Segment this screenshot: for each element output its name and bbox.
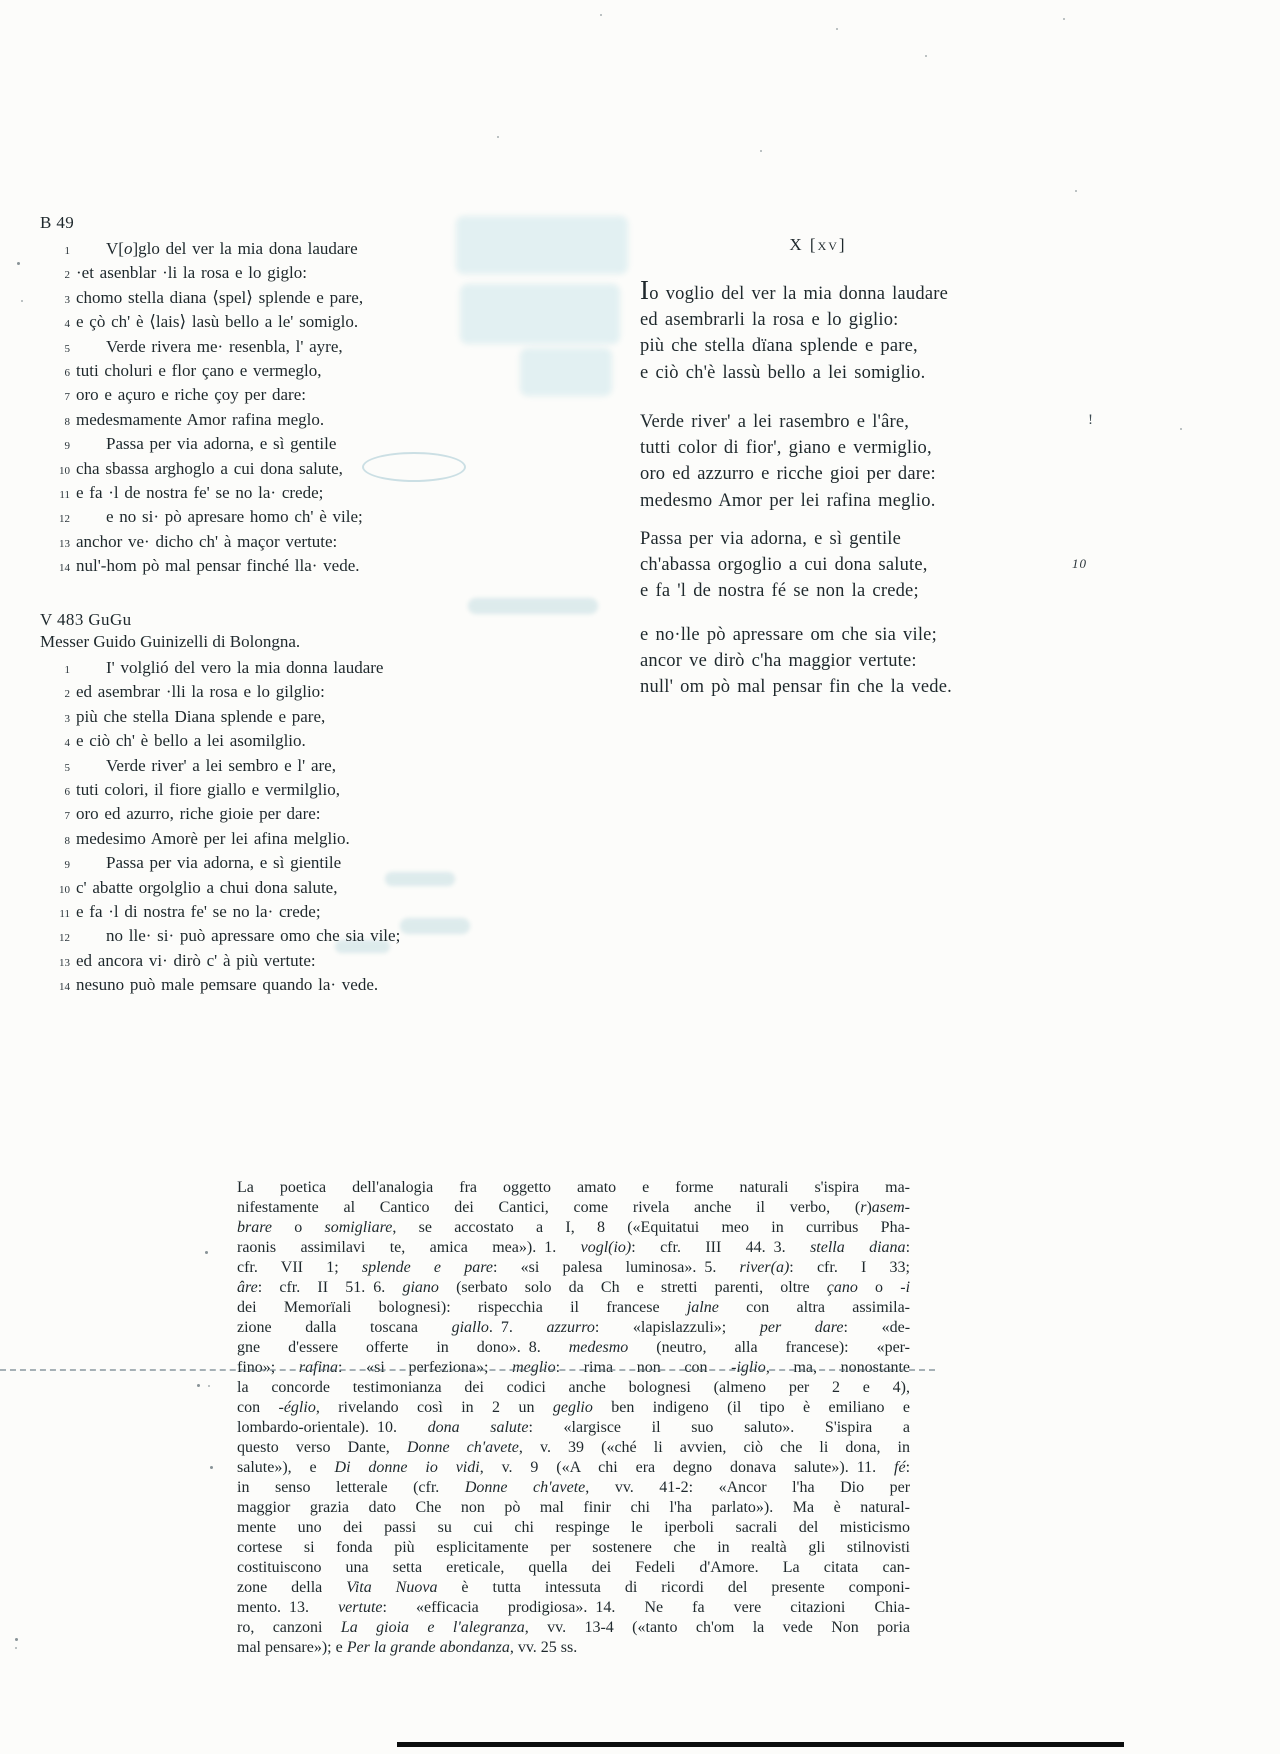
line-number: 12 <box>40 508 70 530</box>
verse-line: e ciò ch'è lassù bello a lei somiglio. <box>640 360 948 386</box>
scan-speck <box>15 1647 17 1649</box>
scan-speck <box>205 1251 208 1254</box>
transcription-line: 13anchor ve· dicho ch' à maçor vertute: <box>40 531 520 555</box>
commentary-line: dei Memorïali bolognesi): rispecchia il … <box>237 1298 910 1318</box>
line-number: 4 <box>40 313 70 335</box>
line-text: Passa per via adorna, e sì gentile <box>106 434 336 453</box>
line-number: 3 <box>40 289 70 311</box>
transcription-line: 11e fa ·l de nostra fe' se no la· crede; <box>40 482 520 506</box>
transcription-line: 6tuti colori, il fiore giallo e vermilgl… <box>40 779 540 803</box>
commentary-line: mal pensare»); e Per la grande abondanza… <box>237 1638 910 1658</box>
transcription-line: 8medesmamente Amor rafina meglo. <box>40 409 520 433</box>
line-text: Passa per via adorna, e sì gientile <box>106 853 341 872</box>
verse-line: ancor ve dirò c'ha maggior vertute: <box>640 648 952 674</box>
line-number: 11 <box>40 484 70 506</box>
line-number: 12 <box>40 927 70 949</box>
verse-line: oro ed azzurro e ricche gioi per dare: <box>640 461 936 487</box>
line-text: medesimo Amorè per lei afina melglio. <box>76 829 350 848</box>
scan-speck <box>1063 18 1065 20</box>
transcription-line: 8medesimo Amorè per lei afina melglio. <box>40 828 540 852</box>
transcription-line: 7oro e açuro e riche çoy per dare: <box>40 384 520 408</box>
v483-transcription: 1I' volglió del vero la mia donna laudar… <box>40 657 540 999</box>
scan-speck <box>210 1466 213 1469</box>
line-number: 5 <box>40 338 70 360</box>
b49-section: B 49 1V[o]glo del ver la mia dona laudar… <box>40 213 520 580</box>
commentary-line: ro, canzoni La gioia e l'alegranza, vv. … <box>237 1618 910 1638</box>
critical-stanza-4: e no·lle pò apressare om che sia vile;an… <box>640 622 952 701</box>
scan-speck <box>497 136 499 138</box>
transcription-line: 12e no si· pò apresare homo ch' è vile; <box>40 506 520 530</box>
line-number: 8 <box>40 411 70 433</box>
commentary-line: âre: cfr. II 51. 6. giano (serbato solo … <box>237 1278 910 1298</box>
commentary-line: la concorde testimonianza dei codici anc… <box>237 1378 910 1398</box>
transcription-line: 2·et asenblar ·li la rosa e lo giglo: <box>40 262 520 286</box>
scan-speck <box>760 150 762 152</box>
verse-line: Io voglio del ver la mia donna laudare <box>640 277 948 307</box>
transcription-line: 14nesuno può male pemsare quando la· ved… <box>40 974 540 998</box>
line-number: 14 <box>40 976 70 998</box>
line-text: cha sbassa arghoglo a cui dona salute, <box>76 459 343 478</box>
verse-line: e fa 'l de nostra fé se non la crede; <box>640 578 928 604</box>
commentary-line: fino»; rafina: «si perfeziona»; meglio: … <box>237 1358 910 1378</box>
commentary-line: brare o somigliare, se accostato a I, 8 … <box>237 1218 910 1238</box>
line-text: ·et asenblar ·li la rosa e lo giglo: <box>76 263 307 282</box>
line-number: 7 <box>40 805 70 827</box>
commentary-line: zione dalla toscana giallo. 7. azzurro: … <box>237 1318 910 1338</box>
line-text: più che stella Diana splende e pare, <box>76 707 325 726</box>
verse-line: Passa per via adorna, e sì gentile <box>640 526 928 552</box>
transcription-line: 2ed asembrar ·lli la rosa e lo gilglio: <box>40 681 540 705</box>
line-number: 14 <box>40 557 70 579</box>
line-number: 3 <box>40 708 70 730</box>
commentary-line: questo verso Dante, Donne ch'avete, v. 3… <box>237 1438 910 1458</box>
verse-line: tutti color di fior', giano e vermiglio, <box>640 435 936 461</box>
scan-speck <box>925 55 927 57</box>
line-number: 1 <box>40 659 70 681</box>
line-text: e no si· pò apresare homo ch' è vile; <box>106 507 363 526</box>
transcription-line: 4e ciò ch' è bello a lei asomilglio. <box>40 730 540 754</box>
margin-mark-exclamation: ! <box>1088 412 1093 429</box>
scan-speck <box>21 300 23 302</box>
line-number: 6 <box>40 781 70 803</box>
commentary-line: mento. 13. vertute: «efficacia prodigios… <box>237 1598 910 1618</box>
line-number: 1 <box>40 240 70 262</box>
commentary-line: nifestamente al Cantico dei Cantici, com… <box>237 1198 910 1218</box>
critical-stanza-2: Verde river' a lei rasembro e l'âre,tutt… <box>640 409 936 514</box>
line-number: 6 <box>40 362 70 384</box>
b49-transcription: 1V[o]glo del ver la mia dona laudare2·et… <box>40 238 520 580</box>
line-number: 7 <box>40 386 70 408</box>
scan-speck <box>17 262 20 265</box>
margin-verse-number: 10 <box>1072 556 1087 572</box>
transcription-line: 10cha sbassa arghoglo a cui dona salute, <box>40 458 520 482</box>
line-text: ed asembrar ·lli la rosa e lo gilglio: <box>76 682 325 701</box>
transcription-line: 10c' abatte orgolglio a chui dona salute… <box>40 877 540 901</box>
verse-line: Verde river' a lei rasembro e l'âre, <box>640 409 936 435</box>
v483-siglum: V 483 GuGu <box>40 610 540 630</box>
line-number: 2 <box>40 683 70 705</box>
scan-smudge <box>520 348 612 396</box>
line-number: 10 <box>40 879 70 901</box>
line-number: 9 <box>40 854 70 876</box>
commentary-line: in senso letterale (cfr. Donne ch'avete,… <box>237 1478 910 1498</box>
scan-speck <box>197 1384 200 1387</box>
line-number: 8 <box>40 830 70 852</box>
transcription-line: 13ed ancora vi· dirò c' à più vertute: <box>40 950 540 974</box>
v483-section: V 483 GuGu Messer Guido Guinizelli di Bo… <box>40 610 540 999</box>
commentary-line: raonis assimilavi te, amica mea»). 1. vo… <box>237 1238 910 1258</box>
transcription-line: 3più che stella Diana splende e pare, <box>40 706 540 730</box>
line-text: nul'-hom pò mal pensar finché lla· vede. <box>76 556 360 575</box>
pencil-line <box>0 1369 935 1371</box>
commentary-line: mente uno dei passi su cui chi respinge … <box>237 1518 910 1538</box>
transcription-line: 1V[o]glo del ver la mia dona laudare <box>40 238 520 262</box>
line-text: oro e açuro e riche çoy per dare: <box>76 385 306 404</box>
line-text: V[o]glo del ver la mia dona laudare <box>106 239 358 258</box>
line-number: 5 <box>40 757 70 779</box>
scan-speck <box>1180 428 1182 430</box>
verse-line: più che stella dïana splende e pare, <box>640 333 948 359</box>
scanned-page: { "colors": { "ink": "#1e282c", "paper":… <box>0 0 1280 1754</box>
scan-speck <box>15 1638 18 1641</box>
line-number: 4 <box>40 732 70 754</box>
transcription-line: 5Verde river' a lei sembro e l' are, <box>40 755 540 779</box>
line-text: nesuno può male pemsare quando la· vede. <box>76 975 378 994</box>
commentary-line: lombardo-orientale). 10. dona salute: «l… <box>237 1418 910 1438</box>
transcription-line: 5Verde rivera me· resenbla, l' ayre, <box>40 336 520 360</box>
line-text: Verde river' a lei sembro e l' are, <box>106 756 336 775</box>
scan-speck <box>600 14 602 16</box>
commentary-line: cortese si fonda più esplicitamente per … <box>237 1538 910 1558</box>
line-text: e çò ch' è ⟨lais⟩ lasù bello a le' somig… <box>76 312 358 331</box>
transcription-line: 6tuti choluri e flor çano e vermeglo, <box>40 360 520 384</box>
transcription-line: 3chomo stella diana ⟨spel⟩ splende e par… <box>40 287 520 311</box>
line-number: 10 <box>40 460 70 482</box>
transcription-line: 9Passa per via adorna, e sì gentile <box>40 433 520 457</box>
scan-speck <box>208 1385 210 1387</box>
scan-speck <box>836 28 838 30</box>
line-text: no lle· si· può apressare omo che sia vi… <box>106 926 400 945</box>
line-number: 13 <box>40 952 70 974</box>
verse-line: medesmo Amor per lei rafina meglio. <box>640 488 936 514</box>
line-text: c' abatte orgolglio a chui dona salute, <box>76 878 337 897</box>
commentary-line: cfr. VII 1; splende e pare: «si palesa l… <box>237 1258 910 1278</box>
line-text: tuti colori, il fiore giallo e vermilgli… <box>76 780 340 799</box>
line-text: Verde rivera me· resenbla, l' ayre, <box>106 337 343 356</box>
commentary-line: con -églio, rivelando così in 2 un gegli… <box>237 1398 910 1418</box>
commentary-line: salute»), e Di donne io vidi, v. 9 («A c… <box>237 1458 910 1478</box>
line-number: 13 <box>40 533 70 555</box>
line-text: e fa ·l de nostra fe' se no la· crede; <box>76 483 323 502</box>
verse-line: ed asembrarli la rosa e lo giglio: <box>640 307 948 333</box>
page-bottom-edge <box>397 1742 1124 1747</box>
commentary-line: zone della Vita Nuova è tutta intessuta … <box>237 1578 910 1598</box>
commentary-line: maggior grazia dato Che non pò mal finir… <box>237 1498 910 1518</box>
line-text: ed ancora vi· dirò c' à più vertute: <box>76 951 316 970</box>
transcription-line: 14nul'-hom pò mal pensar finché lla· ved… <box>40 555 520 579</box>
b49-siglum: B 49 <box>40 213 520 233</box>
line-text: e fa ·l di nostra fe' se no la· crede; <box>76 902 321 921</box>
commentary-line: gne d'essere offerte in dono». 8. medesm… <box>237 1338 910 1358</box>
poem-number-heading: X [xv] <box>640 235 996 255</box>
line-text: anchor ve· dicho ch' à maçor vertute: <box>76 532 337 551</box>
verse-line: e no·lle pò apressare om che sia vile; <box>640 622 952 648</box>
transcription-line: 4e çò ch' è ⟨lais⟩ lasù bello a le' somi… <box>40 311 520 335</box>
transcription-line: 9Passa per via adorna, e sì gientile <box>40 852 540 876</box>
transcription-line: 1I' volglió del vero la mia donna laudar… <box>40 657 540 681</box>
line-text: medesmamente Amor rafina meglo. <box>76 410 324 429</box>
line-text: I' volglió del vero la mia donna laudare <box>106 658 383 677</box>
line-text: chomo stella diana ⟨spel⟩ splende e pare… <box>76 288 363 307</box>
verse-line: ch'abassa orgoglio a cui dona salute, <box>640 552 928 578</box>
line-number: 9 <box>40 435 70 457</box>
line-number: 11 <box>40 903 70 925</box>
v483-rubric: Messer Guido Guinizelli di Bolongna. <box>40 632 540 652</box>
verse-line: null' om pò mal pensar fin che la vede. <box>640 674 952 700</box>
transcription-line: 12no lle· si· può apressare omo che sia … <box>40 925 540 949</box>
transcription-line: 7oro ed azurro, riche gioie per dare: <box>40 803 540 827</box>
commentary: La poetica dell'analogia fra oggetto ama… <box>237 1178 910 1658</box>
transcription-line: 11e fa ·l di nostra fe' se no la· crede; <box>40 901 540 925</box>
scan-speck <box>1075 190 1077 192</box>
commentary-line: costituiscono una setta ereticale, quell… <box>237 1558 910 1578</box>
line-number: 2 <box>40 264 70 286</box>
critical-stanza-3: Passa per via adorna, e sì gentilech'aba… <box>640 526 928 605</box>
line-text: tuti choluri e flor çano e vermeglo, <box>76 361 322 380</box>
line-text: oro ed azurro, riche gioie per dare: <box>76 804 321 823</box>
critical-stanza-1: Io voglio del ver la mia donna laudareed… <box>640 277 948 386</box>
commentary-line: La poetica dell'analogia fra oggetto ama… <box>237 1178 910 1198</box>
line-text: e ciò ch' è bello a lei asomilglio. <box>76 731 306 750</box>
